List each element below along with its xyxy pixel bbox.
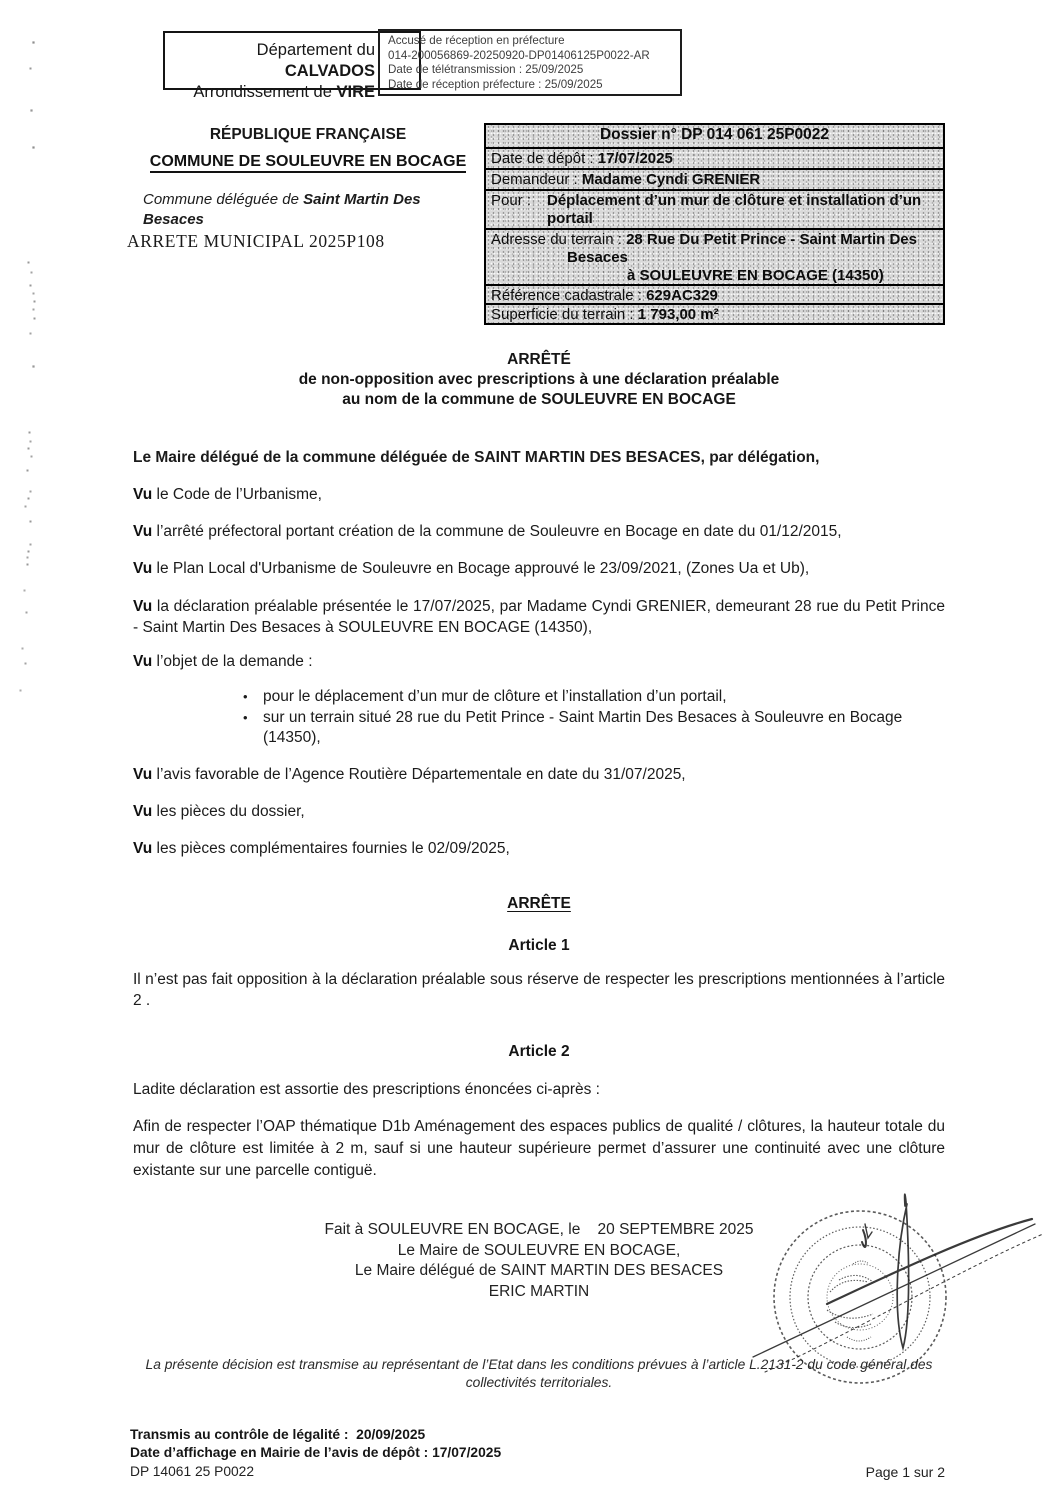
row-label: Adresse du terrain : xyxy=(491,231,626,248)
title-line2: de non-opposition avec prescriptions à u… xyxy=(133,370,945,390)
row-value: Madame Cyndi GRENIER xyxy=(582,171,760,188)
table-row-demandeur: Demandeur : Madame Cyndi GRENIER xyxy=(486,168,943,189)
row-label: Demandeur : xyxy=(491,171,582,188)
bullet-item: sur un terrain situé 28 rue du Petit Pri… xyxy=(251,708,945,749)
row-value: Déplacement d’un mur de clôture et insta… xyxy=(547,192,938,227)
page: { "department_box": { "line1_normal": "D… xyxy=(0,0,1058,1497)
table-row-superficie: Superficie du terrain : 1 793,00 m² xyxy=(486,303,943,323)
commune-deleguee-line: Commune déléguée de Saint Martin Des Bes… xyxy=(143,190,473,230)
table-row-date-depot: Date de dépôt : 17/07/2025 xyxy=(486,147,943,168)
bullet-item: pour le déplacement d’un mur de clôture … xyxy=(251,687,945,708)
article-1-text: Il n’est pas fait opposition à la déclar… xyxy=(133,969,945,1011)
address-main: Adresse du terrain : 28 Rue Du Petit Pri… xyxy=(491,231,938,267)
row-value: 629AC329 xyxy=(646,287,718,304)
arrete-municipal-ref: ARRETE MUNICIPAL 2025P108 xyxy=(127,231,467,252)
article-2-intro: Ladite déclaration est assortie des pres… xyxy=(133,1080,945,1100)
scan-noise-dots xyxy=(0,0,1,1)
bullet-list: pour le déplacement d’un mur de clôture … xyxy=(133,687,945,749)
dossier-table: Dossier n° DP 014 061 25P0022 Date de dé… xyxy=(484,123,945,325)
vu-paragraph: Vu la déclaration préalable présentée le… xyxy=(133,596,945,638)
address-commune: à SOULEUVRE EN BOCAGE (14350) xyxy=(491,267,938,285)
arrete-heading: ARRÊTE xyxy=(133,895,945,913)
table-row-reference: Référence cadastrale : 629AC329 xyxy=(486,284,943,303)
bullet-list-wrap: pour le déplacement d’un mur de clôture … xyxy=(133,687,945,749)
vu-paragraph: Vu les pièces du dossier, xyxy=(133,802,945,822)
row-label: Pour : xyxy=(491,192,547,227)
row-value: 1 793,00 m² xyxy=(638,306,719,323)
vu-paragraph: Vu le Plan Local d'Urbanisme de Souleuvr… xyxy=(133,559,945,579)
intro-line: Le Maire délégué de la commune déléguée … xyxy=(133,448,945,468)
republique-line: RÉPUBLIQUE FRANÇAISE xyxy=(128,126,488,144)
stamp-line: Date de réception préfecture : 25/09/202… xyxy=(388,78,674,93)
transmission-note: La présente décision est transmise au re… xyxy=(133,1356,945,1392)
commune-underlined-text: COMMUNE DE SOULEUVRE EN BOCAGE xyxy=(150,153,466,173)
vu-paragraph: Vu l’objet de la demande : xyxy=(133,652,945,672)
table-row-adresse: Adresse du terrain : 28 Rue Du Petit Pri… xyxy=(486,228,943,284)
department-line: Département du CALVADOS xyxy=(175,40,375,82)
stamp-line: Date de télétransmission : 25/09/2025 xyxy=(388,63,674,78)
title-line1: ARRÊTÉ xyxy=(133,350,945,370)
vu-paragraph: Vu l’arrêté préfectoral portant création… xyxy=(133,522,945,542)
row-value: 17/07/2025 xyxy=(598,150,673,167)
commune-line: COMMUNE DE SOULEUVRE EN BOCAGE xyxy=(128,153,488,171)
row-label: Référence cadastrale : xyxy=(491,287,646,304)
row-label: Superficie du terrain : xyxy=(491,306,638,323)
arrondissement-line: Arrondissement de VIRE xyxy=(175,82,375,103)
title-line3: au nom de la commune de SOULEUVRE EN BOC… xyxy=(133,390,945,410)
table-row-pour: Pour : Déplacement d’un mur de clôture e… xyxy=(486,189,943,228)
stamp-line: Accusé de réception en préfecture xyxy=(388,34,674,49)
article-1-heading: Article 1 xyxy=(133,937,945,955)
footer-reference: DP 14061 25 P0022 xyxy=(130,1464,254,1479)
footer-transmis: Transmis au contrôle de légalité : 20/09… xyxy=(130,1427,425,1442)
stamp-line: 014-200056869-20250920-DP01406125P0022-A… xyxy=(388,49,674,64)
prefecture-stamp: Accusé de réception en préfecture 014-20… xyxy=(378,29,682,96)
signature-strokes xyxy=(753,1194,1043,1372)
title-block: ARRÊTÉ de non-opposition avec prescripti… xyxy=(133,350,945,410)
article-2-heading: Article 2 xyxy=(133,1043,945,1061)
row-label: Date de dépôt : xyxy=(491,150,598,167)
vu-paragraph: Vu les pièces complémentaires fournies l… xyxy=(133,839,945,859)
dossier-number-row: Dossier n° DP 014 061 25P0022 xyxy=(486,125,943,147)
footer-affichage: Date d’affichage en Mairie de l’avis de … xyxy=(130,1445,501,1460)
vu-paragraph: Vu le Code de l’Urbanisme, xyxy=(133,485,945,505)
vu-paragraph: Vu l’avis favorable de l’Agence Routière… xyxy=(133,765,945,785)
page-number: Page 1 sur 2 xyxy=(855,1464,945,1480)
